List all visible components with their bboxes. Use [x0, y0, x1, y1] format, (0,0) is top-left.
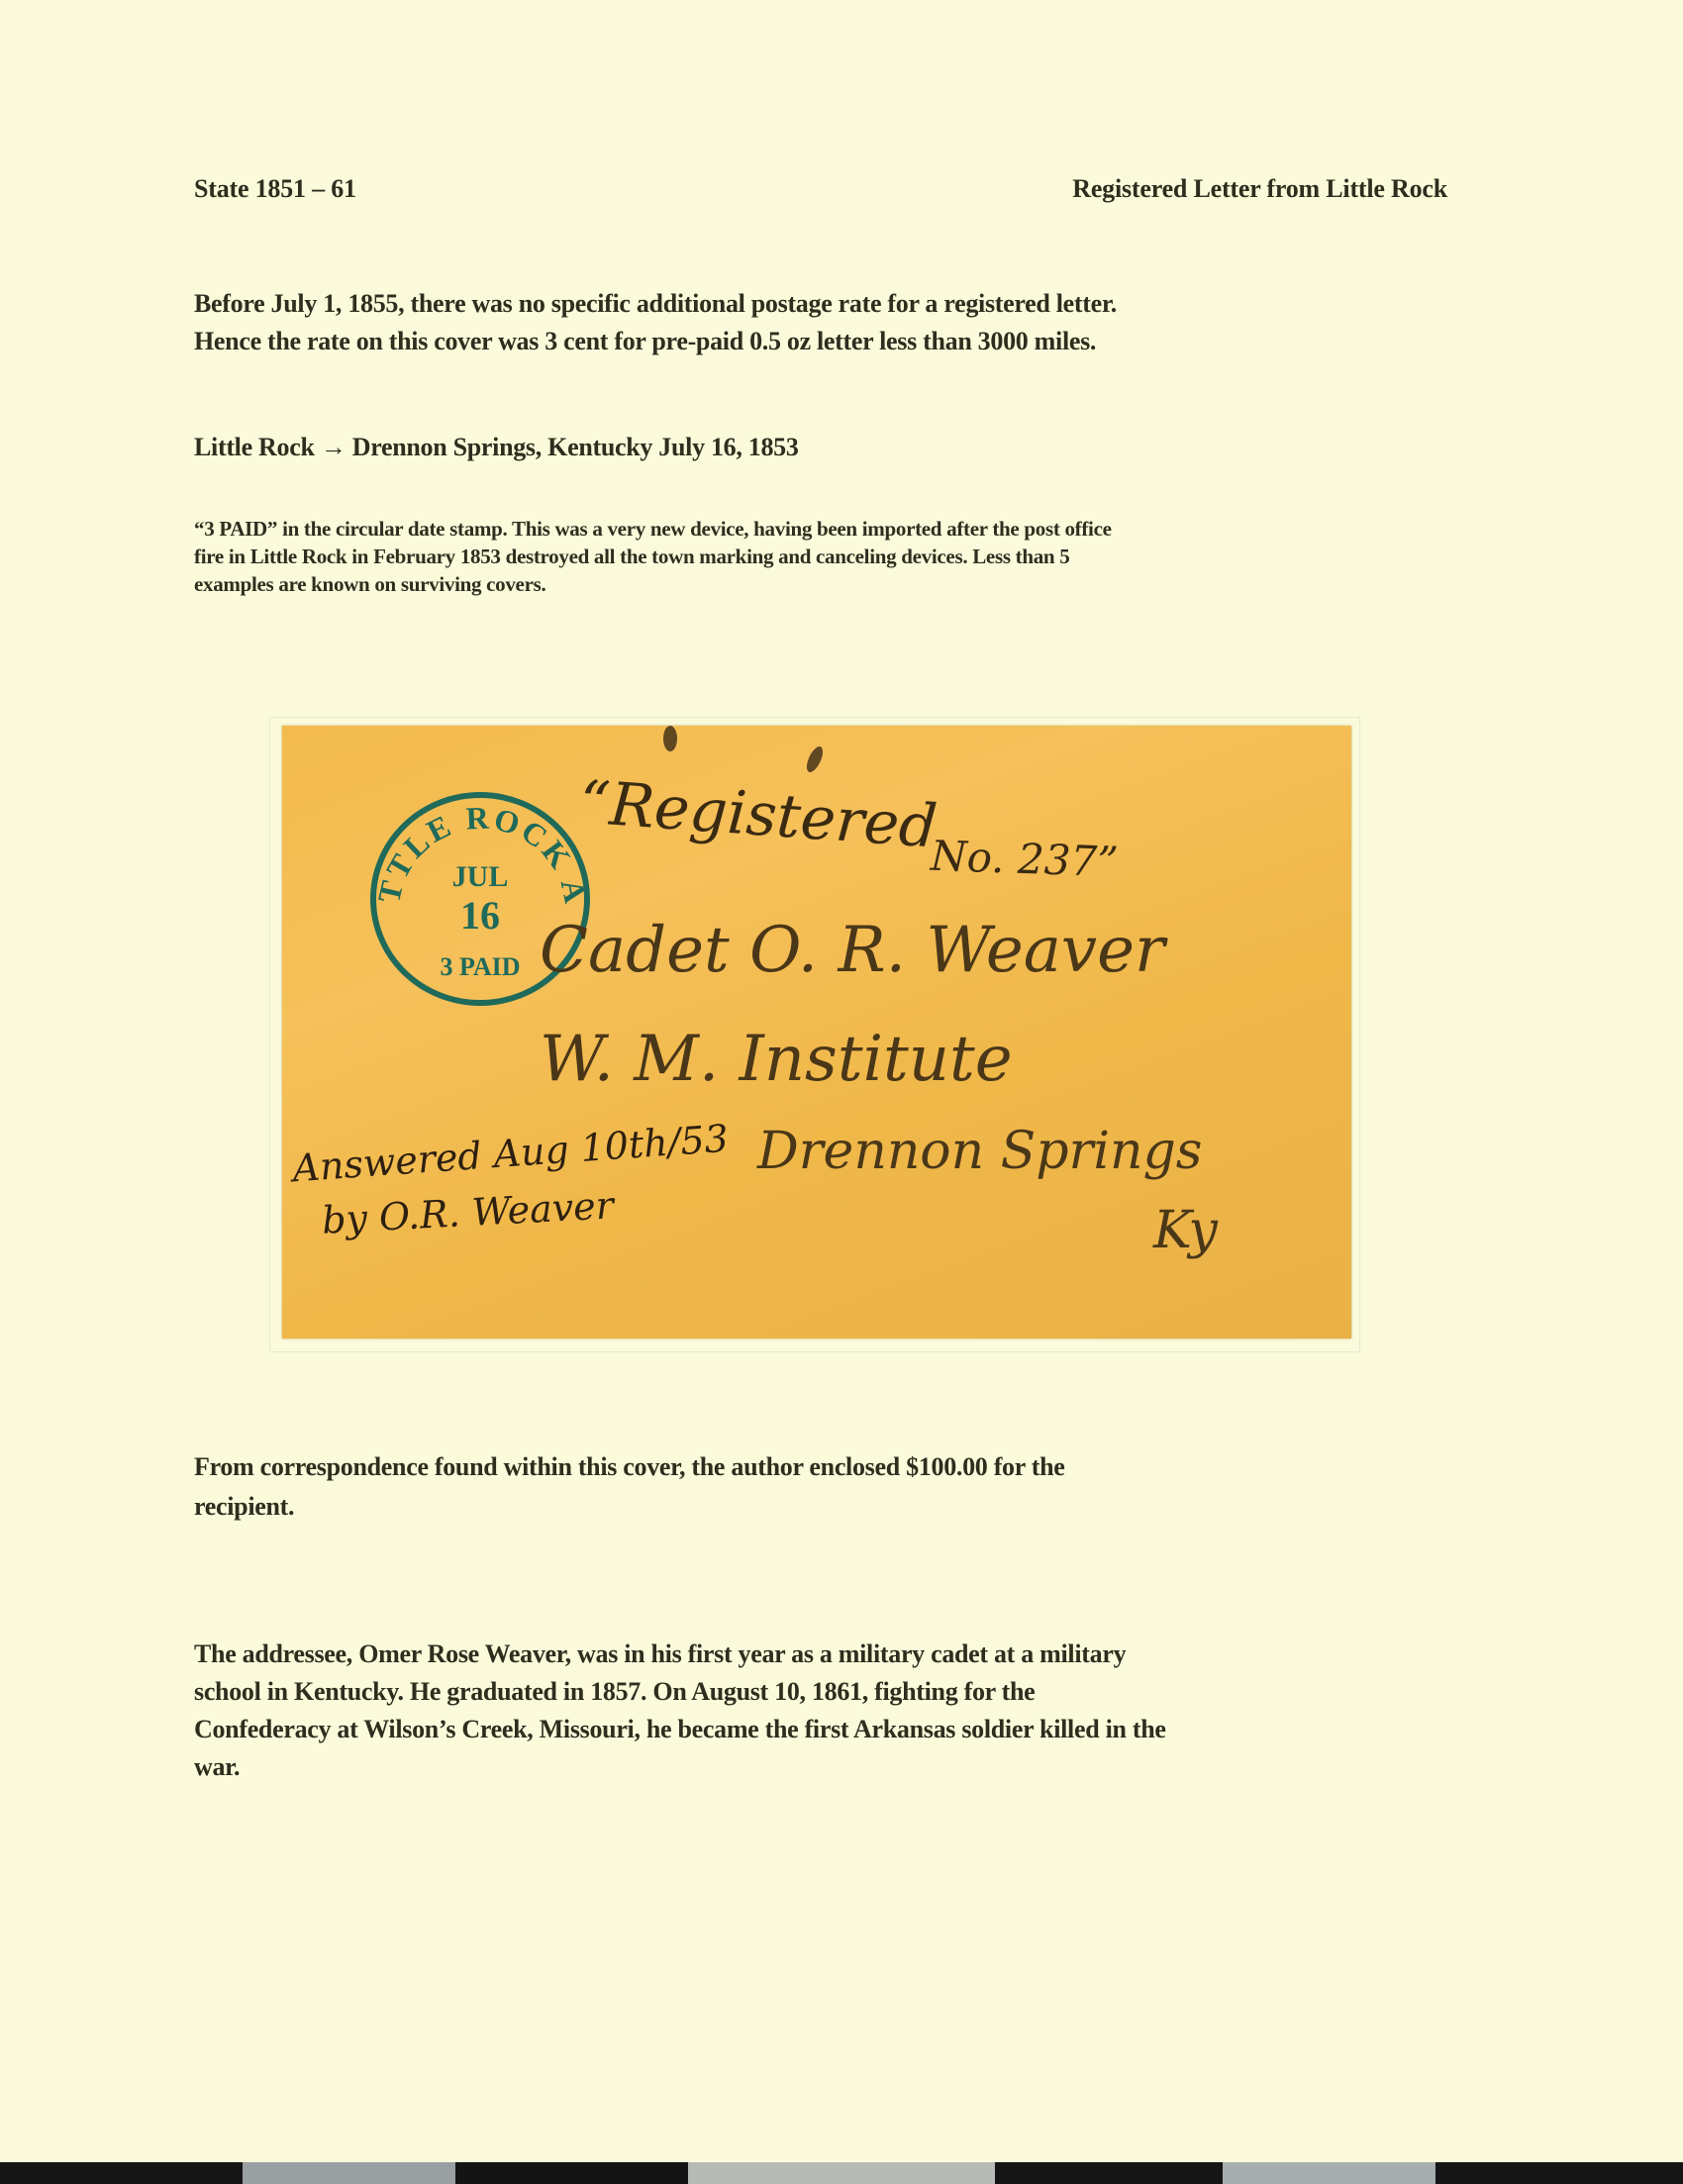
addressee-biography-line: school in Kentucky. He graduated in 1857…: [194, 1673, 1166, 1711]
correspondence-note-line: recipient.: [194, 1487, 1065, 1527]
addressee-biography: The addressee, Omer Rose Weaver, was in …: [194, 1636, 1166, 1786]
route-heading: Little Rock → Drennon Springs, Kentucky …: [194, 433, 799, 462]
manuscript-addressee: Cadet O. R. Weaver: [540, 914, 1165, 987]
manuscript-registered: “Registered: [577, 767, 940, 861]
scanner-segment: [0, 2162, 243, 2184]
postmark-day: 16: [460, 893, 500, 938]
scanner-segment: [688, 2162, 995, 2184]
manuscript-institution: W. M. Institute: [540, 1023, 1013, 1096]
rate-explanation: Before July 1, 1855, there was no specif…: [194, 285, 1117, 360]
header-section-title: State 1851 – 61: [194, 174, 356, 204]
postmark-rate: 3 PAID: [440, 952, 520, 981]
postmark-description-line: examples are known on surviving covers.: [194, 570, 1112, 598]
scanner-segment: [1223, 2162, 1435, 2184]
postmark-description-line: fire in Little Rock in February 1853 des…: [194, 543, 1112, 570]
album-page: State 1851 – 61 Registered Letter from L…: [0, 0, 1683, 2162]
manuscript-docket-answered: Answered Aug 10th/53: [291, 1117, 730, 1191]
manuscript-state: Ky: [1153, 1201, 1218, 1260]
postal-cover: LITTLE ROCK AR. JUL 16 3 PAID “Registere…: [282, 726, 1351, 1339]
manuscript-docket-signature: by O.R. Weaver: [321, 1183, 615, 1241]
rate-explanation-line: Hence the rate on this cover was 3 cent …: [194, 323, 1117, 360]
header-exhibit-title: Registered Letter from Little Rock: [1072, 174, 1447, 204]
correspondence-note-line: From correspondence found within this co…: [194, 1447, 1065, 1487]
rate-explanation-line: Before July 1, 1855, there was no specif…: [194, 285, 1117, 323]
correspondence-note: From correspondence found within this co…: [194, 1447, 1065, 1527]
postmark-description-line: “3 PAID” in the circular date stamp. Thi…: [194, 515, 1112, 543]
addressee-biography-line: Confederacy at Wilson’s Creek, Missouri,…: [194, 1711, 1166, 1748]
scanner-segment: [1435, 2162, 1683, 2184]
ink-stain: [804, 745, 827, 774]
ink-stain: [663, 726, 677, 751]
addressee-biography-line: war.: [194, 1748, 1166, 1786]
scanner-segment: [995, 2162, 1223, 2184]
addressee-biography-line: The addressee, Omer Rose Weaver, was in …: [194, 1636, 1166, 1673]
scanner-bed-edge: [0, 2162, 1683, 2184]
scanner-segment: [455, 2162, 688, 2184]
postmark-month: JUL: [452, 860, 509, 893]
postmark-description: “3 PAID” in the circular date stamp. Thi…: [194, 515, 1112, 598]
scanner-segment: [243, 2162, 455, 2184]
manuscript-town: Drennon Springs: [757, 1122, 1203, 1181]
manuscript-registry-number: No. 237”: [930, 832, 1119, 887]
